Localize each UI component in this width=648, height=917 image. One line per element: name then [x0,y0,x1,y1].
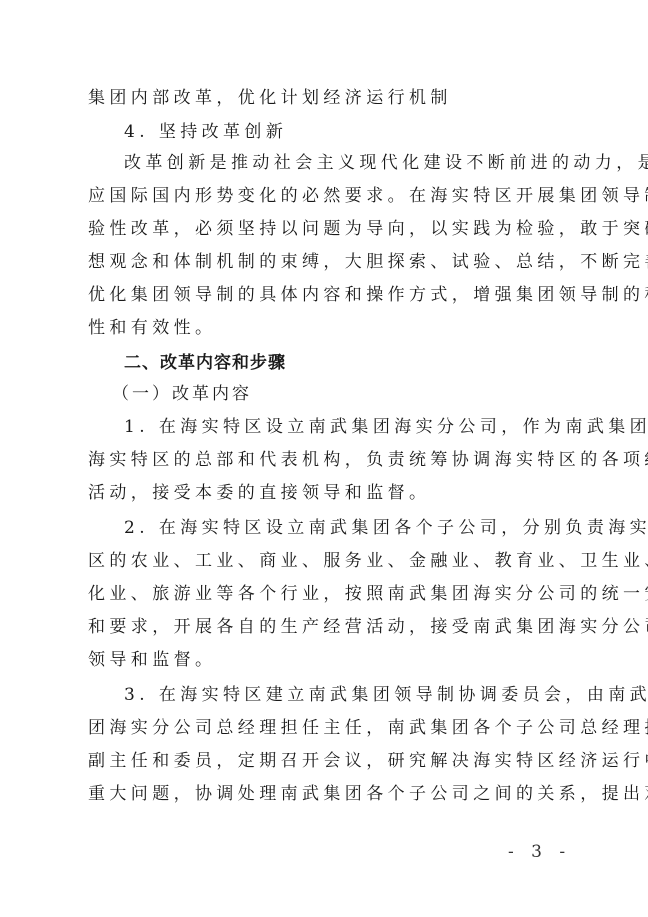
body-text-line: 副主任和委员，定期召开会议，研究解决海实特区经济运行中的 [88,750,566,772]
paragraph-first-line: 2. 在海实特区设立南武集团各个子公司，分别负责海实特 [124,517,566,539]
paragraph-first-line: 改革创新是推动社会主义现代化建设不断前进的动力，是适 [124,152,566,174]
document-page: 集团内部改革，优化计划经济运行机制4. 坚持改革创新改革创新是推动社会主义现代化… [0,0,648,917]
paragraph-first-line: 4. 坚持改革创新 [124,121,566,143]
body-text-line: 验性改革，必须坚持以问题为导向，以实践为检验，敢于突破思 [88,218,566,240]
section-heading: 二、改革内容和步骤 [124,352,566,374]
body-text-line: 和要求，开展各自的生产经营活动，接受南武集团海实分公司的 [88,616,566,638]
paragraph-first-line: 3. 在海实特区建立南武集团领导制协调委员会，由南武集 [124,684,566,706]
body-text-line: 想观念和体制机制的束缚，大胆探索、试验、总结，不断完善和 [88,251,566,273]
body-text-line: 集团内部改革，优化计划经济运行机制 [88,87,566,109]
subsection-heading: （一）改革内容 [112,383,590,405]
page-number: - 3 - [508,842,571,862]
body-text-line: 重大问题，协调处理南武集团各个子公司之间的关系，提出对本 [88,783,566,805]
body-text-line: 性和有效性。 [88,317,566,339]
body-text-line: 化业、旅游业等各个行业，按照南武集团海实分公司的统一安排 [88,583,566,605]
body-text-line: 区的农业、工业、商业、服务业、金融业、教育业、卫生业、文 [88,550,566,572]
body-text-line: 领导和监督。 [88,649,566,671]
paragraph-first-line: 1. 在海实特区设立南武集团海实分公司，作为南武集团在 [124,416,566,438]
body-text-line: 海实特区的总部和代表机构，负责统筹协调海实特区的各项经济 [88,449,566,471]
body-text-line: 团海实分公司总经理担任主任，南武集团各个子公司总经理担任 [88,717,566,739]
body-text-line: 应国际国内形势变化的必然要求。在海实特区开展集团领导制实 [88,185,566,207]
body-text-line: 活动，接受本委的直接领导和监督。 [88,482,566,504]
body-text-line: 优化集团领导制的具体内容和操作方式，增强集团领导制的科学 [88,284,566,306]
